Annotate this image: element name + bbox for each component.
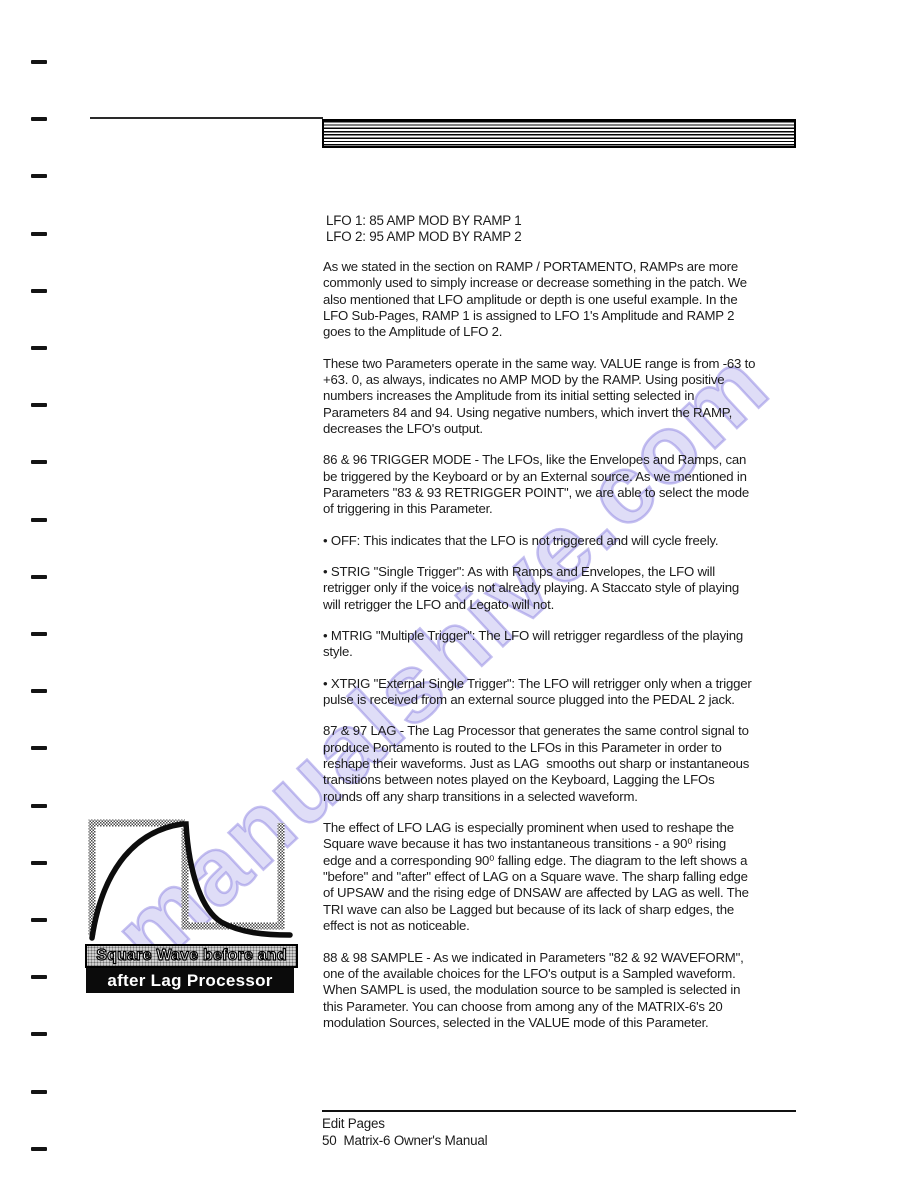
parameter-heading-line2: LFO 2: 95 AMP MOD BY RAMP 2: [326, 229, 798, 245]
footer-page-number: 50 Matrix-6 Owner's Manual: [322, 1133, 796, 1150]
document-paragraph: These two Parameters operate in the same…: [323, 356, 798, 438]
header-stripe-bar: [322, 119, 796, 148]
diagram-caption-line2: after Lag Processor: [86, 968, 294, 993]
binding-tick-mark: [31, 60, 47, 64]
lagged-wave-after-path: [92, 824, 290, 938]
square-wave-diagram: [85, 816, 298, 942]
binding-tick-mark: [31, 689, 47, 693]
diagram-caption-line1: Square Wave before and: [85, 944, 298, 968]
document-paragraph: 88 & 98 SAMPLE - As we indicated in Para…: [323, 950, 798, 1032]
parameter-heading: LFO 1: 85 AMP MOD BY RAMP 1 LFO 2: 95 AM…: [323, 213, 798, 246]
parameter-heading-line1: LFO 1: 85 AMP MOD BY RAMP 1: [326, 213, 798, 229]
binding-tick-mark: [31, 861, 47, 865]
binding-tick-mark: [31, 1147, 47, 1151]
document-paragraph-bullet-strig: • STRIG "Single Trigger": As with Ramps …: [323, 564, 798, 613]
binding-tick-mark: [31, 632, 47, 636]
document-paragraph-bullet-mtrig: • MTRIG "Multiple Trigger": The LFO will…: [323, 628, 798, 661]
lag-processor-diagram: Square Wave before and after Lag Process…: [85, 816, 298, 993]
document-paragraph: As we stated in the section on RAMP / PO…: [323, 259, 798, 341]
body-text-column: LFO 1: 85 AMP MOD BY RAMP 1 LFO 2: 95 AM…: [323, 213, 798, 1046]
binding-tick-mark: [31, 804, 47, 808]
binding-tick-mark: [31, 746, 47, 750]
document-paragraph: 86 & 96 TRIGGER MODE - The LFOs, like th…: [323, 452, 798, 517]
binding-tick-mark: [31, 460, 47, 464]
document-paragraph-bullet-xtrig: • XTRIG "External Single Trigger": The L…: [323, 676, 798, 709]
binding-tick-mark: [31, 403, 47, 407]
binding-tick-mark: [31, 346, 47, 350]
binding-tick-mark: [31, 1032, 47, 1036]
scanned-manual-page: { "watermark": { "text": "manualshive.co…: [0, 0, 918, 1188]
binding-tick-mark: [31, 518, 47, 522]
document-paragraph: The effect of LFO LAG is especially prom…: [323, 820, 798, 934]
document-paragraph: 87 & 97 LAG - The Lag Processor that gen…: [323, 723, 798, 805]
footer-section-title: Edit Pages: [322, 1116, 796, 1133]
binding-tick-mark: [31, 575, 47, 579]
binding-tick-mark: [31, 117, 47, 121]
binding-tick-mark: [31, 174, 47, 178]
binding-tick-mark: [31, 975, 47, 979]
page-footer: Edit Pages 50 Matrix-6 Owner's Manual: [322, 1110, 796, 1149]
binding-tick-mark: [31, 918, 47, 922]
binding-tick-mark: [31, 289, 47, 293]
binding-tick-mark: [31, 1090, 47, 1094]
document-paragraph-bullet-off: • OFF: This indicates that the LFO is no…: [323, 533, 798, 549]
binding-tick-mark: [31, 232, 47, 236]
header-lead-rule: [90, 117, 323, 119]
